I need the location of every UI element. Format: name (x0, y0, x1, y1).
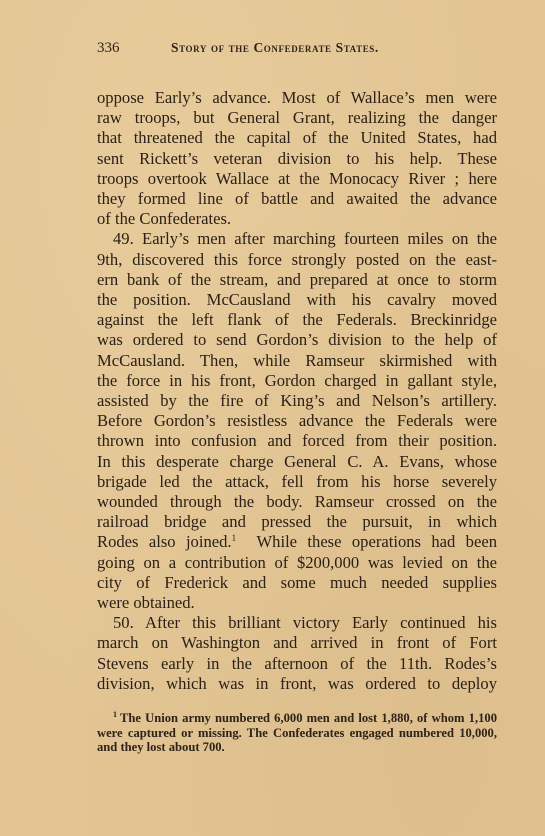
footnote-line: were captured or missing. The Confederat… (97, 726, 497, 741)
text-line: the force in his front, Gordon charged i… (97, 371, 497, 391)
paragraph-50: 50. After this brilliant victory Early c… (97, 613, 497, 694)
text-line: division, which was in front, was ordere… (97, 674, 497, 694)
text-line: Before Gordon’s resistless advance the F… (97, 411, 497, 431)
text-line: McCausland. Then, while Ramseur skirmish… (97, 351, 497, 371)
footnotes: 1The Union army numbered 6,000 men and l… (97, 711, 497, 755)
text-line-with-footnote: Rodes also joined.1 While these operatio… (97, 532, 497, 552)
text-segment: While these operations had been (236, 532, 497, 551)
text-line: 50. After this brilliant victory Early c… (97, 613, 497, 633)
book-page: 336 Story of the Confederate States. opp… (97, 40, 497, 755)
footnote-mark: 1 (113, 710, 117, 719)
paragraph-49: 49. Early’s men after marching fourteen … (97, 229, 497, 613)
text-line: In this desperate charge General C. A. E… (97, 452, 497, 472)
footnote-line: 1The Union army numbered 6,000 men and l… (97, 711, 497, 726)
text-line: oppose Early’s advance. Most of Wallace’… (97, 88, 497, 108)
text-line: assisted by the fire of King’s and Nelso… (97, 391, 497, 411)
text-line: thrown into confusion and forced from th… (97, 431, 497, 451)
text-line: wounded through the body. Ramseur crosse… (97, 492, 497, 512)
text-line: city of Frederick and some much needed s… (97, 573, 497, 593)
paragraph-continuation: oppose Early’s advance. Most of Wallace’… (97, 88, 497, 229)
text-line: the position. McCausland with his cavalr… (97, 290, 497, 310)
text-line: against the left flank of the Federals. … (97, 310, 497, 330)
text-line: of the Confederates. (97, 209, 497, 229)
running-title: Story of the Confederate States. (171, 40, 379, 56)
running-header: 336 Story of the Confederate States. (97, 40, 497, 66)
text-line: was ordered to send Gordon’s division to… (97, 330, 497, 350)
text-line: were obtained. (97, 593, 497, 613)
text-line: 49. Early’s men after marching fourteen … (97, 229, 497, 249)
text-line: ern bank of the stream, and prepared at … (97, 270, 497, 290)
text-line: going on a contribution of $200,000 was … (97, 553, 497, 573)
text-line: that threatened the capital of the Unite… (97, 128, 497, 148)
text-line: Stevens early in the afternoon of the 11… (97, 654, 497, 674)
text-line: 9th, discovered this force strongly post… (97, 250, 497, 270)
text-line: brigade led the attack, fell from his ho… (97, 472, 497, 492)
text-line: troops overtook Wallace at the Monocacy … (97, 169, 497, 189)
text-line: sent Rickett’s veteran division to his h… (97, 149, 497, 169)
text-line: they formed line of battle and awaited t… (97, 189, 497, 209)
text-line: march on Washington and arrived in front… (97, 633, 497, 653)
text-line: raw troops, but General Grant, realizing… (97, 108, 497, 128)
page-number: 336 (97, 40, 171, 57)
text-line: railroad bridge and pressed the pursuit,… (97, 512, 497, 532)
footnote-text: The Union army numbered 6,000 men and lo… (120, 711, 497, 725)
text-segment: Rodes also joined. (97, 532, 232, 551)
footnote-line: and they lost about 700. (97, 740, 497, 755)
body-text: oppose Early’s advance. Most of Wallace’… (97, 88, 497, 694)
